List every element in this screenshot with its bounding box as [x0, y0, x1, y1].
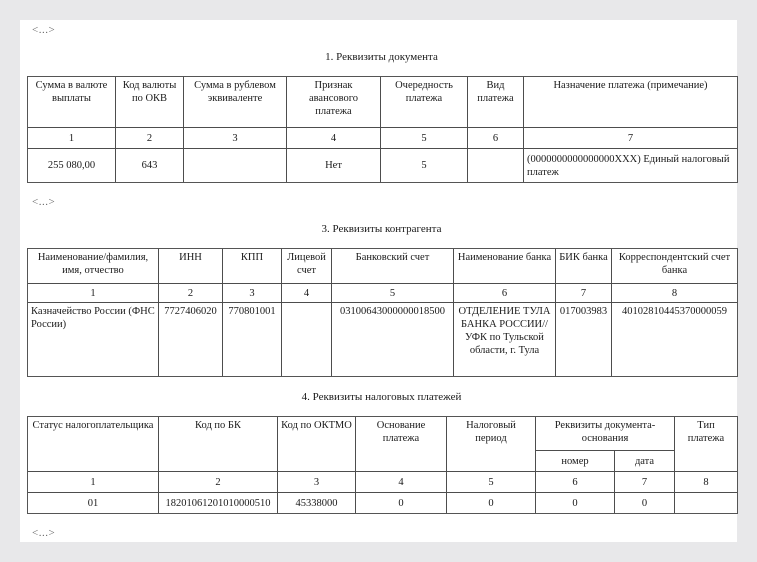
header-cell: КПП: [223, 249, 282, 284]
bank-account: 03100643000000018500: [332, 303, 454, 377]
omission-marker: <...>: [32, 527, 55, 539]
header-cell: Код по БК: [159, 417, 278, 472]
column-number: 4: [282, 284, 332, 303]
table-row: 01 18201061201010000510 45338000 0 0 0 0: [28, 493, 738, 514]
column-number: 7: [524, 128, 738, 149]
basis-doc-number: 0: [536, 493, 615, 514]
column-number: 7: [556, 284, 612, 303]
ruble-equivalent: [184, 149, 287, 183]
counterparty-name: Казначейство России (ФНС России): [28, 303, 159, 377]
header-row: Сумма в валюте выплаты Код валюты по ОКВ…: [28, 77, 738, 128]
oktmo-code: 45338000: [278, 493, 356, 514]
column-number: 3: [184, 128, 287, 149]
column-number: 8: [675, 472, 738, 493]
header-cell: Лицевой счет: [282, 249, 332, 284]
tax-payment-type: [675, 493, 738, 514]
column-number: 6: [454, 284, 556, 303]
advance-flag: Нет: [287, 149, 381, 183]
section-title-tax: 4. Реквизиты налоговых платежей: [27, 391, 736, 403]
payment-type: [468, 149, 524, 183]
column-number: 2: [159, 472, 278, 493]
subheader-cell: дата: [615, 451, 675, 472]
bank-name: ОТДЕЛЕНИЕ ТУЛА БАНКА РОССИИ//УФК по Туль…: [454, 303, 556, 377]
tax-period: 0: [447, 493, 536, 514]
kpp-value: 770801001: [223, 303, 282, 377]
header-cell: Налоговый период: [447, 417, 536, 472]
counterparty-table: Наименование/фамилия, имя, отчество ИНН …: [27, 248, 738, 377]
header-cell: Реквизиты документа-основания: [536, 417, 675, 451]
header-cell: Сумма в валюте выплаты: [28, 77, 116, 128]
payment-basis: 0: [356, 493, 447, 514]
table-row: 255 080,00 643 Нет 5 (0000000000000000XX…: [28, 149, 738, 183]
tax-payments-table: Статус налогоплательщика Код по БК Код п…: [27, 416, 738, 514]
header-cell: Назначение платежа (примечание): [524, 77, 738, 128]
column-number: 3: [278, 472, 356, 493]
header-cell: Признак авансового платежа: [287, 77, 381, 128]
section-title-counterparty: 3. Реквизиты контрагента: [27, 223, 736, 235]
table-row: Казначейство России (ФНС России) 7727406…: [28, 303, 738, 377]
column-number-row: 1 2 3 4 5 6 7 8: [28, 284, 738, 303]
subheader-cell: номер: [536, 451, 615, 472]
column-number: 1: [28, 472, 159, 493]
header-cell: БИК банка: [556, 249, 612, 284]
column-number: 4: [356, 472, 447, 493]
header-cell: Тип платежа: [675, 417, 738, 472]
header-row: Наименование/фамилия, имя, отчество ИНН …: [28, 249, 738, 284]
personal-account: [282, 303, 332, 377]
column-number: 2: [159, 284, 223, 303]
column-number: 5: [447, 472, 536, 493]
column-number: 1: [28, 284, 159, 303]
column-number: 5: [381, 128, 468, 149]
header-cell: ИНН: [159, 249, 223, 284]
basis-doc-date: 0: [615, 493, 675, 514]
correspondent-account: 40102810445370000059: [612, 303, 738, 377]
payment-purpose: (0000000000000000XXX) Единый налоговый п…: [524, 149, 738, 183]
header-cell: Вид платежа: [468, 77, 524, 128]
column-number: 7: [615, 472, 675, 493]
header-cell: Код по ОКТМО: [278, 417, 356, 472]
column-number-row: 1 2 3 4 5 6 7: [28, 128, 738, 149]
header-cell: Наименование/фамилия, имя, отчество: [28, 249, 159, 284]
header-cell: Сумма в рублевом эквиваленте: [184, 77, 287, 128]
column-number: 1: [28, 128, 116, 149]
currency-code: 643: [116, 149, 184, 183]
header-cell: Корреспондентский счет банка: [612, 249, 738, 284]
header-cell: Статус налогоплательщика: [28, 417, 159, 472]
column-number: 5: [332, 284, 454, 303]
column-number: 6: [468, 128, 524, 149]
omission-marker: <...>: [32, 24, 55, 36]
bik-value: 017003983: [556, 303, 612, 377]
inn-value: 7727406020: [159, 303, 223, 377]
column-number: 6: [536, 472, 615, 493]
omission-marker: <...>: [32, 196, 55, 208]
column-number: 4: [287, 128, 381, 149]
section-title-document: 1. Реквизиты документа: [27, 51, 736, 63]
document-details-table: Сумма в валюте выплаты Код валюты по ОКВ…: [27, 76, 738, 183]
column-number: 2: [116, 128, 184, 149]
header-cell: Банковский счет: [332, 249, 454, 284]
header-cell: Наименование банка: [454, 249, 556, 284]
header-cell: Основание платежа: [356, 417, 447, 472]
column-number: 8: [612, 284, 738, 303]
payment-amount: 255 080,00: [28, 149, 116, 183]
header-row: Статус налогоплательщика Код по БК Код п…: [28, 417, 738, 451]
header-cell: Очередность платежа: [381, 77, 468, 128]
kbk-code: 18201061201010000510: [159, 493, 278, 514]
column-number-row: 1 2 3 4 5 6 7 8: [28, 472, 738, 493]
payment-priority: 5: [381, 149, 468, 183]
column-number: 3: [223, 284, 282, 303]
header-cell: Код валюты по ОКВ: [116, 77, 184, 128]
taxpayer-status: 01: [28, 493, 159, 514]
